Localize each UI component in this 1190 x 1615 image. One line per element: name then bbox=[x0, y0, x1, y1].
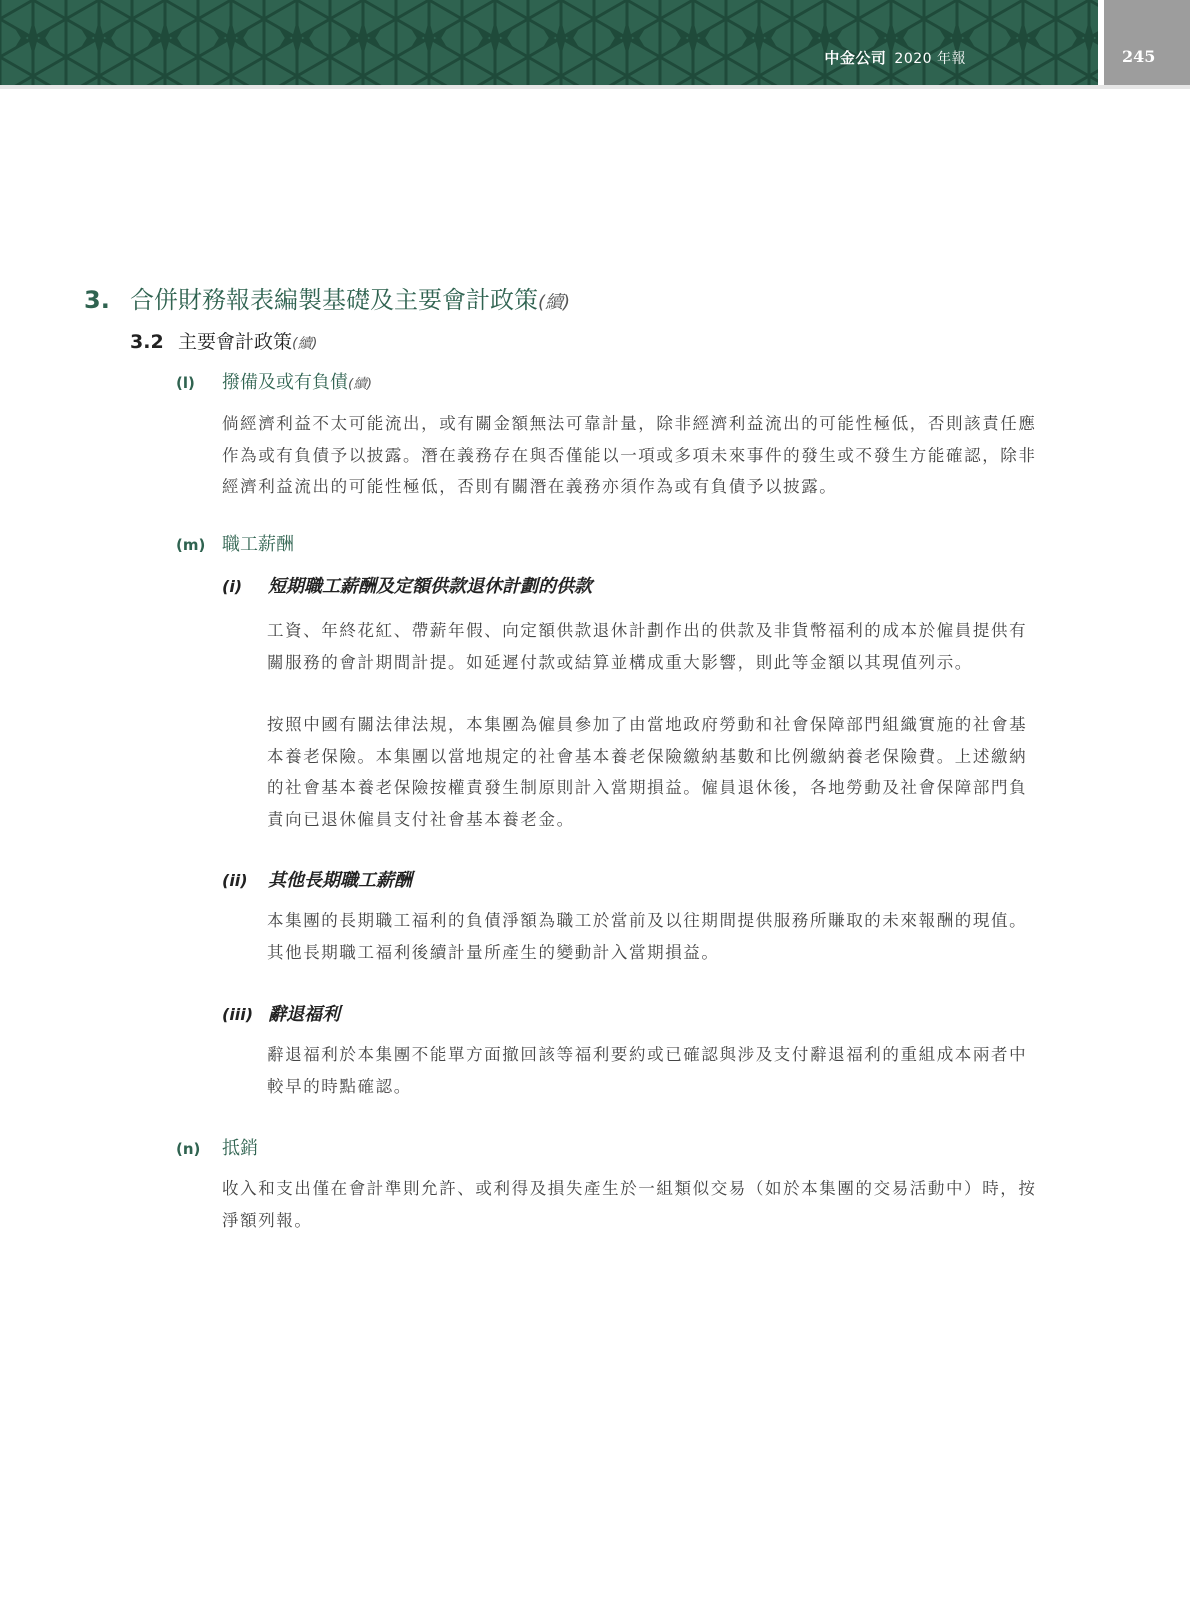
page-number-box: 245 bbox=[1104, 0, 1190, 85]
text-line: 責向已退休僱員支付社會基本養老金。 bbox=[267, 804, 1082, 836]
page-number: 245 bbox=[1122, 47, 1155, 66]
text-line: 的社會基本養老保險按權責發生制原則計入當期損益。僱員退休後，各地勞動及社會保障部… bbox=[267, 772, 1082, 804]
report-title: 中金公司2020 年報 bbox=[824, 47, 966, 68]
paragraph-short-term-benefits: 工資、年終花紅、帶薪年假、向定額供款退休計劃作出的供款及非貨幣福利的成本於僱員提… bbox=[267, 615, 1082, 678]
continued-label: (續) bbox=[292, 336, 317, 352]
section-title: 合併財務報表編製基礎及主要會計政策 bbox=[130, 286, 538, 314]
text-line: 本集團的長期職工福利的負債淨額為職工於當前及以往期間提供服務所賺取的未來報酬的現… bbox=[267, 905, 1082, 937]
subitem-title: 辭退福利 bbox=[268, 1004, 340, 1025]
text-line: 作為或有負債予以披露。潛在義務存在與否僅能以一項或多項未來事件的發生或不發生方能… bbox=[222, 440, 1082, 472]
subsection-title: 主要會計政策 bbox=[178, 331, 292, 353]
subitem-label: (i) bbox=[222, 577, 268, 596]
continued-label: (續) bbox=[348, 376, 372, 392]
paragraph-long-term-benefits: 本集團的長期職工福利的負債淨額為職工於當前及以往期間提供服務所賺取的未來報酬的現… bbox=[267, 905, 1082, 968]
item-heading-m: (m)職工薪酬 bbox=[176, 530, 294, 556]
section-heading: 3.合併財務報表編製基礎及主要會計政策(續) bbox=[84, 280, 570, 315]
subitem-label: (ii) bbox=[222, 871, 268, 890]
subsection-number: 3.2 bbox=[130, 331, 178, 353]
text-line: 按照中國有關法律法規，本集團為僱員參加了由當地政府勞動和社會保障部門組織實施的社… bbox=[267, 709, 1082, 741]
text-line: 其他長期職工福利後續計量所產生的變動計入當期損益。 bbox=[267, 937, 1082, 969]
text-line: 工資、年終花紅、帶薪年假、向定額供款退休計劃作出的供款及非貨幣福利的成本於僱員提… bbox=[267, 615, 1082, 647]
text-line: 較早的時點確認。 bbox=[267, 1071, 1082, 1103]
text-line: 收入和支出僅在會計準則允許、或利得及損失產生於一組類似交易（如於本集團的交易活動… bbox=[222, 1173, 1082, 1205]
report-year: 2020 年報 bbox=[894, 51, 966, 67]
subitem-title: 其他長期職工薪酬 bbox=[268, 870, 412, 891]
text-line: 關服務的會計期間計提。如延遲付款或結算並構成重大影響，則此等金額以其現值列示。 bbox=[267, 647, 1082, 679]
text-line: 倘經濟利益不太可能流出，或有關金額無法可靠計量，除非經濟利益流出的可能性極低，否… bbox=[222, 408, 1082, 440]
item-heading-n: (n)抵銷 bbox=[176, 1134, 258, 1160]
header-divider bbox=[0, 85, 1190, 89]
paragraph-termination-benefits: 辭退福利於本集團不能單方面撤回該等福利要約或已確認與涉及支付辭退福利的重組成本兩… bbox=[267, 1039, 1082, 1102]
item-title: 抵銷 bbox=[222, 1138, 258, 1159]
item-heading-l: (l)撥備及或有負債(續) bbox=[176, 368, 372, 394]
subsection-heading: 3.2主要會計政策(續) bbox=[130, 327, 317, 354]
item-title: 職工薪酬 bbox=[222, 534, 294, 555]
paragraph-offsetting: 收入和支出僅在會計準則允許、或利得及損失產生於一組類似交易（如於本集團的交易活動… bbox=[222, 1173, 1082, 1236]
item-title: 撥備及或有負債 bbox=[222, 372, 348, 393]
item-label: (m) bbox=[176, 536, 222, 554]
text-line: 辭退福利於本集團不能單方面撤回該等福利要約或已確認與涉及支付辭退福利的重組成本兩… bbox=[267, 1039, 1082, 1071]
subitem-heading-iii: (iii)辭退福利 bbox=[222, 1000, 340, 1026]
subitem-label: (iii) bbox=[222, 1005, 268, 1024]
company-name: 中金公司 bbox=[824, 49, 886, 67]
paragraph-pension-insurance: 按照中國有關法律法規，本集團為僱員參加了由當地政府勞動和社會保障部門組織實施的社… bbox=[267, 709, 1082, 835]
item-label: (n) bbox=[176, 1140, 222, 1158]
subitem-heading-ii: (ii)其他長期職工薪酬 bbox=[222, 866, 412, 892]
item-label: (l) bbox=[176, 374, 222, 392]
text-line: 淨額列報。 bbox=[222, 1205, 1082, 1237]
asanoha-pattern-icon bbox=[0, 0, 1098, 85]
subitem-heading-i: (i)短期職工薪酬及定額供款退休計劃的供款 bbox=[222, 572, 592, 598]
section-number: 3. bbox=[84, 286, 130, 314]
subitem-title: 短期職工薪酬及定額供款退休計劃的供款 bbox=[268, 576, 592, 597]
continued-label: (續) bbox=[538, 292, 570, 313]
text-line: 經濟利益流出的可能性極低，否則有關潛在義務亦須作為或有負債予以披露。 bbox=[222, 471, 1082, 503]
paragraph-provisions: 倘經濟利益不太可能流出，或有關金額無法可靠計量，除非經濟利益流出的可能性極低，否… bbox=[222, 408, 1082, 503]
header-banner: 中金公司2020 年報 bbox=[0, 0, 1098, 85]
text-line: 本養老保險。本集團以當地規定的社會基本養老保險繳納基數和比例繳納養老保險費。上述… bbox=[267, 741, 1082, 773]
